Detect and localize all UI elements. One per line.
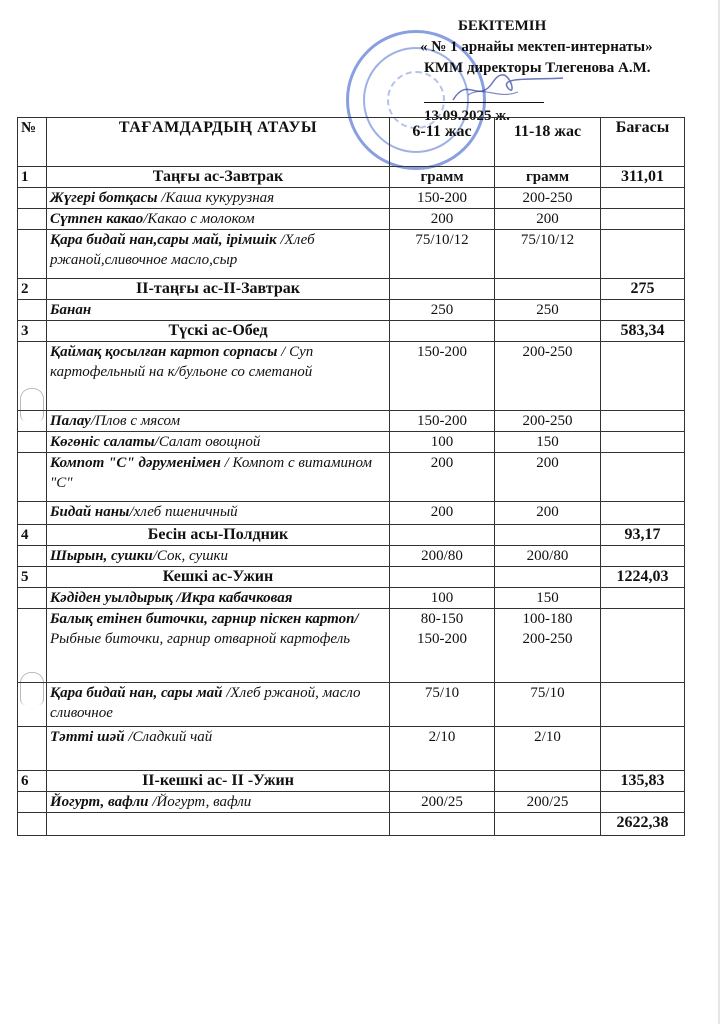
meal-unit-6-11 — [390, 771, 495, 792]
total-row: 2622,38 — [18, 813, 685, 836]
dish-name: Палау/Плов с мясом — [47, 411, 390, 432]
portion-6-11: 200/80 — [390, 546, 495, 567]
header-age-11-18: 11-18 жас — [495, 118, 601, 167]
dish-price-empty — [601, 432, 685, 453]
approval-director: КММ директоры Тлегенова А.М. — [420, 58, 653, 79]
total-empty-cell — [47, 813, 390, 836]
portion-11-18: 200 — [495, 209, 601, 230]
dish-number-empty — [18, 502, 47, 525]
meal-unit-11-18 — [495, 321, 601, 342]
total-price: 2622,38 — [601, 813, 685, 836]
meal-number: 3 — [18, 321, 47, 342]
dish-number-empty — [18, 230, 47, 279]
dish-row: Қаймақ қосылған картоп сорпасы / Суп кар… — [18, 342, 685, 411]
total-empty-cell — [390, 813, 495, 836]
dish-row: Қара бидай нан,сары май, ірімшік /Хлеб р… — [18, 230, 685, 279]
meal-name: Таңғы ас-Завтрак — [47, 167, 390, 188]
portion-11-18: 150 — [495, 432, 601, 453]
header-price: Бағасы — [601, 118, 685, 167]
dish-name-kz: Балық етінен биточки, гарнир піскен карт… — [50, 611, 359, 627]
meal-number: 4 — [18, 525, 47, 546]
dish-name-kz: Қаймақ қосылған картоп сорпасы — [50, 344, 277, 360]
dish-row: Шырын, сушки/Сок, сушки200/80200/80 — [18, 546, 685, 567]
meal-number: 1 — [18, 167, 47, 188]
dish-number-empty — [18, 453, 47, 502]
dish-name: Банан — [47, 300, 390, 321]
total-empty-cell — [495, 813, 601, 836]
dish-name: Бидай наны/хлеб пшеничный — [47, 502, 390, 525]
dish-price-empty — [601, 609, 685, 683]
dish-name-ru: /Салат овощной — [155, 434, 261, 450]
portion-6-11: 250 — [390, 300, 495, 321]
dish-row: Тәтті шәй /Сладкий чай2/102/10 — [18, 727, 685, 771]
table-header-row: № ТАҒАМДАРДЫҢ АТАУЫ 6-11 жас 11-18 жас Б… — [18, 118, 685, 167]
portion-6-11: 80-150 150-200 — [390, 609, 495, 683]
dish-number-empty — [18, 432, 47, 453]
scan-edge-line — [718, 0, 720, 1024]
portion-11-18: 200-250 — [495, 342, 601, 411]
dish-name-kz: Банан — [50, 302, 91, 318]
approval-title: БЕКІТЕМІН — [420, 16, 653, 37]
dish-price-empty — [601, 683, 685, 727]
dish-name: Шырын, сушки/Сок, сушки — [47, 546, 390, 567]
dish-name-kz: Кәдіден уылдырық /Икра кабачковая — [50, 590, 292, 606]
meal-unit-11-18 — [495, 771, 601, 792]
portion-11-18: 75/10/12 — [495, 230, 601, 279]
dish-name-ru: /Каша кукурузная — [158, 190, 275, 206]
meal-name: Бесін асы-Полдник — [47, 525, 390, 546]
dish-name-ru: /Плов с мясом — [91, 413, 180, 429]
meal-name: ІІ-кешкі ас- ІІ -Ужин — [47, 771, 390, 792]
meal-price: 311,01 — [601, 167, 685, 188]
meal-name: Түскі ас-Обед — [47, 321, 390, 342]
dish-price-empty — [601, 546, 685, 567]
dish-name-kz: Қара бидай нан, сары май — [50, 685, 223, 701]
dish-row: Йогурт, вафли /Йогурт, вафли200/25200/25 — [18, 792, 685, 813]
total-empty-cell — [18, 813, 47, 836]
dish-name-kz: Бидай наны — [50, 504, 129, 520]
portion-11-18: 250 — [495, 300, 601, 321]
meal-price: 583,34 — [601, 321, 685, 342]
meal-row: 2ІІ-таңғы ас-ІІ-Завтрак275 — [18, 279, 685, 300]
meal-unit-11-18 — [495, 525, 601, 546]
dish-name: Йогурт, вафли /Йогурт, вафли — [47, 792, 390, 813]
dish-name-ru: /Сладкий чай — [125, 729, 213, 745]
meal-row: 5Кешкі ас-Ужин1224,03 — [18, 567, 685, 588]
dish-name-kz: Жүгері ботқасы — [50, 190, 158, 206]
dish-name-kz: Йогурт, вафли — [50, 794, 149, 810]
dish-name: Тәтті шәй /Сладкий чай — [47, 727, 390, 771]
meal-price: 1224,03 — [601, 567, 685, 588]
dish-row: Кәдіден уылдырық /Икра кабачковая100150 — [18, 588, 685, 609]
portion-6-11: 150-200 — [390, 188, 495, 209]
dish-name: Сүтпен какао/Какао с молоком — [47, 209, 390, 230]
dish-name-kz: Тәтті шәй — [50, 729, 125, 745]
dish-name: Балық етінен биточки, гарнир піскен карт… — [47, 609, 390, 683]
portion-6-11: 100 — [390, 432, 495, 453]
dish-price-empty — [601, 209, 685, 230]
meal-unit-11-18 — [495, 279, 601, 300]
menu-table: № ТАҒАМДАРДЫҢ АТАУЫ 6-11 жас 11-18 жас Б… — [17, 117, 685, 836]
portion-6-11: 200 — [390, 502, 495, 525]
dish-name-kz: Палау — [50, 413, 91, 429]
dish-number-empty — [18, 188, 47, 209]
portion-6-11: 200/25 — [390, 792, 495, 813]
signature-line — [424, 102, 544, 103]
dish-name-kz: Шырын, сушки — [50, 548, 153, 564]
portion-6-11: 200 — [390, 453, 495, 502]
dish-name-ru: /Йогурт, вафли — [149, 794, 252, 810]
dish-name: Қара бидай нан,сары май, ірімшік /Хлеб р… — [47, 230, 390, 279]
header-age-6-11: 6-11 жас — [390, 118, 495, 167]
meal-unit-6-11 — [390, 279, 495, 300]
approval-school: « № 1 арнайы мектеп-интернаты» — [420, 37, 653, 58]
meal-name: Кешкі ас-Ужин — [47, 567, 390, 588]
meal-row: 1Таңғы ас-Завтракграммграмм311,01 — [18, 167, 685, 188]
portion-6-11: 75/10 — [390, 683, 495, 727]
dish-name: Жүгері ботқасы /Каша кукурузная — [47, 188, 390, 209]
meal-unit-11-18: грамм — [495, 167, 601, 188]
dish-name: Кәдіден уылдырық /Икра кабачковая — [47, 588, 390, 609]
meal-unit-11-18 — [495, 567, 601, 588]
portion-6-11: 200 — [390, 209, 495, 230]
dish-row: Қара бидай нан, сары май /Хлеб ржаной, м… — [18, 683, 685, 727]
portion-6-11: 150-200 — [390, 411, 495, 432]
meal-row: 3Түскі ас-Обед583,34 — [18, 321, 685, 342]
dish-name: Қаймақ қосылған картоп сорпасы / Суп кар… — [47, 342, 390, 411]
dish-name-kz: Көгөніс салаты — [50, 434, 155, 450]
meal-price: 135,83 — [601, 771, 685, 792]
portion-11-18: 200-250 — [495, 411, 601, 432]
meal-number: 6 — [18, 771, 47, 792]
dish-number-empty — [18, 411, 47, 432]
approval-block: БЕКІТЕМІН « № 1 арнайы мектеп-интернаты»… — [420, 16, 653, 79]
dish-price-empty — [601, 300, 685, 321]
dish-price-empty — [601, 230, 685, 279]
dish-name-ru: /хлеб пшеничный — [129, 504, 237, 520]
meal-unit-6-11: грамм — [390, 167, 495, 188]
meal-unit-6-11 — [390, 525, 495, 546]
portion-6-11: 150-200 — [390, 342, 495, 411]
dish-row: Банан250250 — [18, 300, 685, 321]
dish-row: Балық етінен биточки, гарнир піскен карт… — [18, 609, 685, 683]
header-num: № — [18, 118, 47, 167]
dish-name-ru: Рыбные биточки, гарнир отварной картофел… — [50, 631, 350, 647]
portion-11-18: 200/25 — [495, 792, 601, 813]
dish-number-empty — [18, 209, 47, 230]
dish-row: Бидай наны/хлеб пшеничный200200 — [18, 502, 685, 525]
meal-price: 275 — [601, 279, 685, 300]
dish-price-empty — [601, 588, 685, 609]
dish-price-empty — [601, 411, 685, 432]
dish-name: Көгөніс салаты/Салат овощной — [47, 432, 390, 453]
dish-name-kz: Компот "С" дәруменімен — [50, 455, 221, 471]
dish-name-kz: Сүтпен какао — [50, 211, 143, 227]
portion-11-18: 200-250 — [495, 188, 601, 209]
dish-row: Компот "С" дәруменімен / Компот с витами… — [18, 453, 685, 502]
meal-unit-6-11 — [390, 567, 495, 588]
dish-name-kz: Қара бидай нан,сары май, ірімшік — [50, 232, 277, 248]
meal-price: 93,17 — [601, 525, 685, 546]
dish-price-empty — [601, 727, 685, 771]
dish-number-empty — [18, 609, 47, 683]
portion-6-11: 2/10 — [390, 727, 495, 771]
dish-number-empty — [18, 727, 47, 771]
portion-11-18: 200/80 — [495, 546, 601, 567]
dish-price-empty — [601, 342, 685, 411]
meal-name: ІІ-таңғы ас-ІІ-Завтрак — [47, 279, 390, 300]
dish-number-empty — [18, 792, 47, 813]
dish-price-empty — [601, 453, 685, 502]
portion-11-18: 200 — [495, 502, 601, 525]
portion-11-18: 200 — [495, 453, 601, 502]
dish-number-empty — [18, 546, 47, 567]
dish-row: Жүгері ботқасы /Каша кукурузная150-20020… — [18, 188, 685, 209]
portion-6-11: 75/10/12 — [390, 230, 495, 279]
dish-name: Компот "С" дәруменімен / Компот с витами… — [47, 453, 390, 502]
meal-row: 6ІІ-кешкі ас- ІІ -Ужин135,83 — [18, 771, 685, 792]
portion-11-18: 100-180 200-250 — [495, 609, 601, 683]
portion-11-18: 2/10 — [495, 727, 601, 771]
dish-name: Қара бидай нан, сары май /Хлеб ржаной, м… — [47, 683, 390, 727]
dish-row: Палау/Плов с мясом150-200200-250 — [18, 411, 685, 432]
meal-unit-6-11 — [390, 321, 495, 342]
meal-row: 4Бесін асы-Полдник93,17 — [18, 525, 685, 546]
dish-number-empty — [18, 300, 47, 321]
dish-name-ru: /Сок, сушки — [153, 548, 228, 564]
dish-number-empty — [18, 683, 47, 727]
meal-number: 5 — [18, 567, 47, 588]
dish-row: Көгөніс салаты/Салат овощной100150 — [18, 432, 685, 453]
dish-number-empty — [18, 588, 47, 609]
dish-name-ru: /Какао с молоком — [143, 211, 254, 227]
dish-price-empty — [601, 792, 685, 813]
dish-price-empty — [601, 502, 685, 525]
meal-number: 2 — [18, 279, 47, 300]
portion-6-11: 100 — [390, 588, 495, 609]
dish-price-empty — [601, 188, 685, 209]
dish-number-empty — [18, 342, 47, 411]
portion-11-18: 150 — [495, 588, 601, 609]
portion-11-18: 75/10 — [495, 683, 601, 727]
dish-row: Сүтпен какао/Какао с молоком200200 — [18, 209, 685, 230]
header-dish-name: ТАҒАМДАРДЫҢ АТАУЫ — [47, 118, 390, 167]
